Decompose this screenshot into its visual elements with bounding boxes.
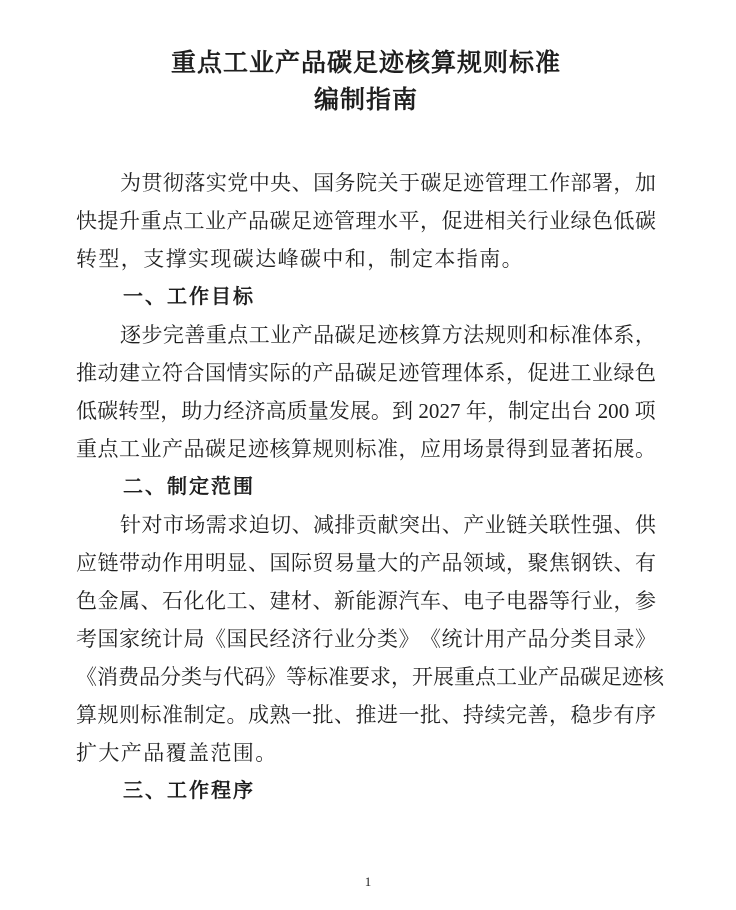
page-number: 1 bbox=[0, 872, 736, 892]
body-line: 针对市场需求迫切、减排贡献突出、产业链关联性强、供 bbox=[76, 506, 656, 544]
body-line: 低碳转型，助力经济高质量发展。到 2027 年，制定出台 200 项 bbox=[76, 392, 656, 430]
section-heading-3: 三、工作程序 bbox=[76, 772, 656, 810]
body-line: 推动建立符合国情实际的产品碳足迹管理体系，促进工业绿色 bbox=[76, 354, 656, 392]
body-line: 重点工业产品碳足迹核算规则标准，应用场景得到显著拓展。 bbox=[76, 430, 656, 468]
body-line: 《消费品分类与代码》等标准要求，开展重点工业产品碳足迹核 bbox=[76, 658, 656, 696]
title-line-2: 编制指南 bbox=[76, 82, 656, 119]
body-line: 为贯彻落实党中央、国务院关于碳足迹管理工作部署，加 bbox=[76, 164, 656, 202]
section-heading-2: 二、制定范围 bbox=[76, 468, 656, 506]
body-line: 算规则标准制定。成熟一批、推进一批、持续完善，稳步有序 bbox=[76, 696, 656, 734]
body-line: 快提升重点工业产品碳足迹管理水平，促进相关行业绿色低碳 bbox=[76, 202, 656, 240]
body-line: 扩大产品覆盖范围。 bbox=[76, 734, 656, 772]
document-page: 重点工业产品碳足迹核算规则标准 编制指南 为贯彻落实党中央、国务院关于碳足迹管理… bbox=[0, 0, 736, 910]
document-body: 为贯彻落实党中央、国务院关于碳足迹管理工作部署，加 快提升重点工业产品碳足迹管理… bbox=[76, 164, 656, 810]
section-heading-1: 一、工作目标 bbox=[76, 278, 656, 316]
body-line: 考国家统计局《国民经济行业分类》《统计用产品分类目录》 bbox=[76, 620, 656, 658]
text-column: 重点工业产品碳足迹核算规则标准 编制指南 为贯彻落实党中央、国务院关于碳足迹管理… bbox=[76, 0, 656, 810]
body-line: 转型，支撑实现碳达峰碳中和，制定本指南。 bbox=[76, 240, 656, 278]
title-line-1: 重点工业产品碳足迹核算规则标准 bbox=[76, 45, 656, 82]
body-line: 色金属、石化化工、建材、新能源汽车、电子电器等行业，参 bbox=[76, 582, 656, 620]
body-line: 逐步完善重点工业产品碳足迹核算方法规则和标准体系， bbox=[76, 316, 656, 354]
body-line: 应链带动作用明显、国际贸易量大的产品领域，聚焦钢铁、有 bbox=[76, 544, 656, 582]
document-title: 重点工业产品碳足迹核算规则标准 编制指南 bbox=[76, 45, 656, 119]
